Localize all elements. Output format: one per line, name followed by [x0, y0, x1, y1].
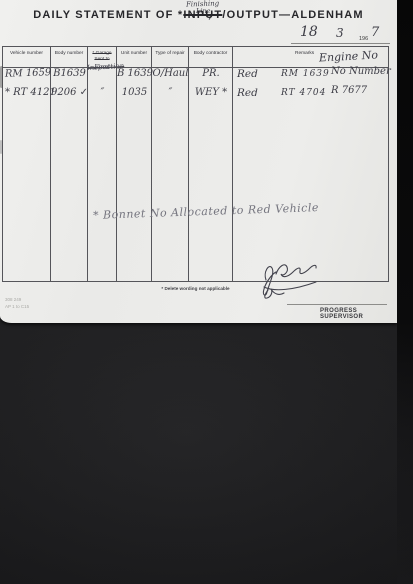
progress-supervisor-label: PROGRESS SUPERVISOR — [320, 308, 397, 320]
statement-table: Vehicle number Body number * Garage Sent… — [2, 46, 389, 282]
row2-remarks: Red RT 4704 R 7677 — [233, 87, 388, 103]
row2-vehicle-number: * RT 4121 — [3, 87, 51, 103]
date-underline — [291, 43, 390, 44]
header-type-of-repair: Type of repair — [152, 47, 188, 68]
form-code: 308 249 AP 1 to C15 — [5, 297, 29, 311]
scan-smudge — [0, 140, 2, 154]
row1-remarks-number: RM 1639 — [281, 69, 330, 79]
title-struck-word: INPUT — [183, 9, 222, 21]
row2-remarks-engine: R 7677 — [331, 85, 367, 96]
date-year-suffix: 7 — [371, 25, 379, 40]
title-tail: /OUTPUT—ALDENHAM — [222, 9, 363, 21]
header-vehicle-number: Vehicle number — [3, 47, 50, 68]
row1-body-contractor: PR. — [189, 68, 233, 84]
row2-type-of-repair-ditto: ″ — [152, 87, 189, 103]
row1-type-of-repair: O/Haul — [152, 68, 189, 84]
delete-wording-footnote: * Delete wording not applicable — [2, 286, 389, 291]
title-lead: DAILY STATEMENT OF — [33, 9, 178, 21]
form-paper: Finishing Line DAILY STATEMENT OF *INPUT… — [0, 0, 397, 323]
insertion-word-finishing: Finishing — [186, 0, 219, 9]
row1-body-number: B1639 — [51, 68, 88, 84]
header-remarks-printed: Remarks — [295, 51, 314, 57]
header-remarks: Remarks Engine No — [233, 47, 388, 68]
row1-vehicle-number: RM 1659 — [3, 67, 52, 85]
row2-remarks-number: RT 4704 — [281, 88, 326, 98]
date-day: 18 — [300, 24, 318, 40]
row1-garage — [88, 68, 117, 84]
row2-garage-ditto: ″ — [88, 87, 117, 103]
checkmark-icon: ✓ — [80, 87, 88, 98]
scan-background: Finishing Line DAILY STATEMENT OF *INPUT… — [0, 0, 413, 584]
date-year-printed: 196 — [359, 36, 368, 42]
table-row: * RT 4121 9206 ✓ ″ 1035 ″ WEY * Red RT 4… — [3, 87, 388, 103]
header-body-number: Body number — [51, 47, 87, 68]
row1-remarks-colour: Red — [237, 68, 258, 80]
row2-body-number: 9206 ✓ — [51, 87, 88, 103]
row1-remarks-engine: No Number — [331, 66, 391, 77]
row2-unit-number: 1035 — [117, 87, 152, 103]
table-row: RM 1659 B1639 B 1639 O/Haul PR. Red RM 1… — [3, 68, 388, 84]
date-month: 3 — [336, 26, 344, 40]
scan-smudge — [0, 66, 3, 88]
row2-remarks-colour: Red — [237, 87, 258, 99]
form-title: DAILY STATEMENT OF *INPUT/OUTPUT—ALDENHA… — [0, 9, 397, 21]
row2-body-contractor: WEY * — [189, 87, 233, 103]
supervisor-signature — [260, 254, 324, 302]
scan-edge-strip — [397, 0, 413, 584]
header-body-contractor: Body contractor — [189, 47, 232, 68]
row1-remarks: Red RM 1639 No Number — [233, 68, 388, 84]
form-code-line2: AP 1 to C15 — [5, 304, 29, 309]
signature-line — [287, 304, 387, 305]
header-engine-no-handwritten: Engine No — [319, 48, 379, 66]
row1-unit-number: B 1639 — [117, 68, 152, 84]
form-code-line1: 308 249 — [5, 297, 21, 302]
